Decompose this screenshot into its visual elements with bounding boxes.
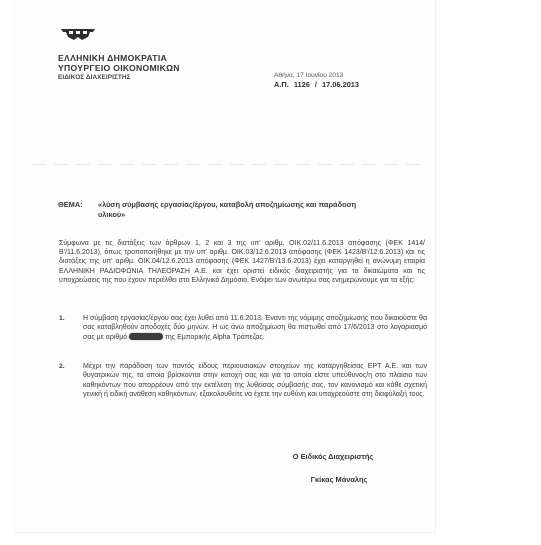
signature-block: Ο Ειδικός Διαχειριστής Γκίκας Μάναλης — [279, 452, 399, 484]
subject-line: ΘΕΜΑ:«λύση σύμβασης εργασίας/έργου, κατα… — [58, 200, 428, 220]
signatory-role: Ο Ειδικός Διαχειριστής — [267, 452, 399, 461]
redacted-account-number — [129, 333, 163, 340]
letterhead-department: ΕΙΔΙΚΟΣ ΔΙΑΧΕΙΡΙΣΤΗΣ — [58, 73, 180, 83]
protocol-number: Α.Π. 1126 / 17.06.2013 — [274, 80, 359, 89]
letterhead: ΕΛΛΗΝΙΚΗ ΔΗΜΟΚΡΑΤΙΑ ΥΠΟΥΡΓΕΙΟ ΟΙΚΟΝΟΜΙΚΩ… — [58, 54, 180, 83]
subject-text-line1: «λύση σύμβασης εργασίας/έργου, καταβολή … — [98, 200, 356, 209]
subject-text-line2: υλικού» — [58, 210, 428, 220]
date-block: Αθήνα, 17 Ιουνίου 2013 Α.Π. 1126 / 17.06… — [274, 71, 359, 89]
intro-paragraph: Σύμφωνα με τις διατάξεις των άρθρων 1, 2… — [59, 239, 425, 285]
subject-label: ΘΕΜΑ: — [58, 200, 98, 210]
scan-artifact-line — [32, 164, 428, 165]
numbered-item: 1. Η σύμβαση εργασίας/έργου σας έχει λυθ… — [59, 314, 427, 342]
letterhead-ministry: ΥΠΟΥΡΓΕΙΟ ΟΙΚΟΝΟΜΙΚΩΝ — [58, 64, 180, 74]
letter-date: Αθήνα, 17 Ιουνίου 2013 — [274, 71, 359, 80]
greek-government-emblem-icon — [60, 27, 96, 41]
item-number: 1. — [59, 314, 65, 323]
item-body: Η σύμβαση εργασίας/έργου σας έχει λυθεί … — [83, 314, 427, 342]
signatory-name: Γκίκας Μάναλης — [279, 475, 399, 484]
numbered-item: 2. Μέχρι την παράδοση των παντός είδους … — [59, 362, 427, 400]
item-number: 2. — [59, 362, 65, 371]
item-body: Μέχρι την παράδοση των παντός είδους περ… — [83, 362, 427, 400]
item-text-after: της Εμπορικής Alpha Τράπεζας. — [165, 334, 265, 341]
